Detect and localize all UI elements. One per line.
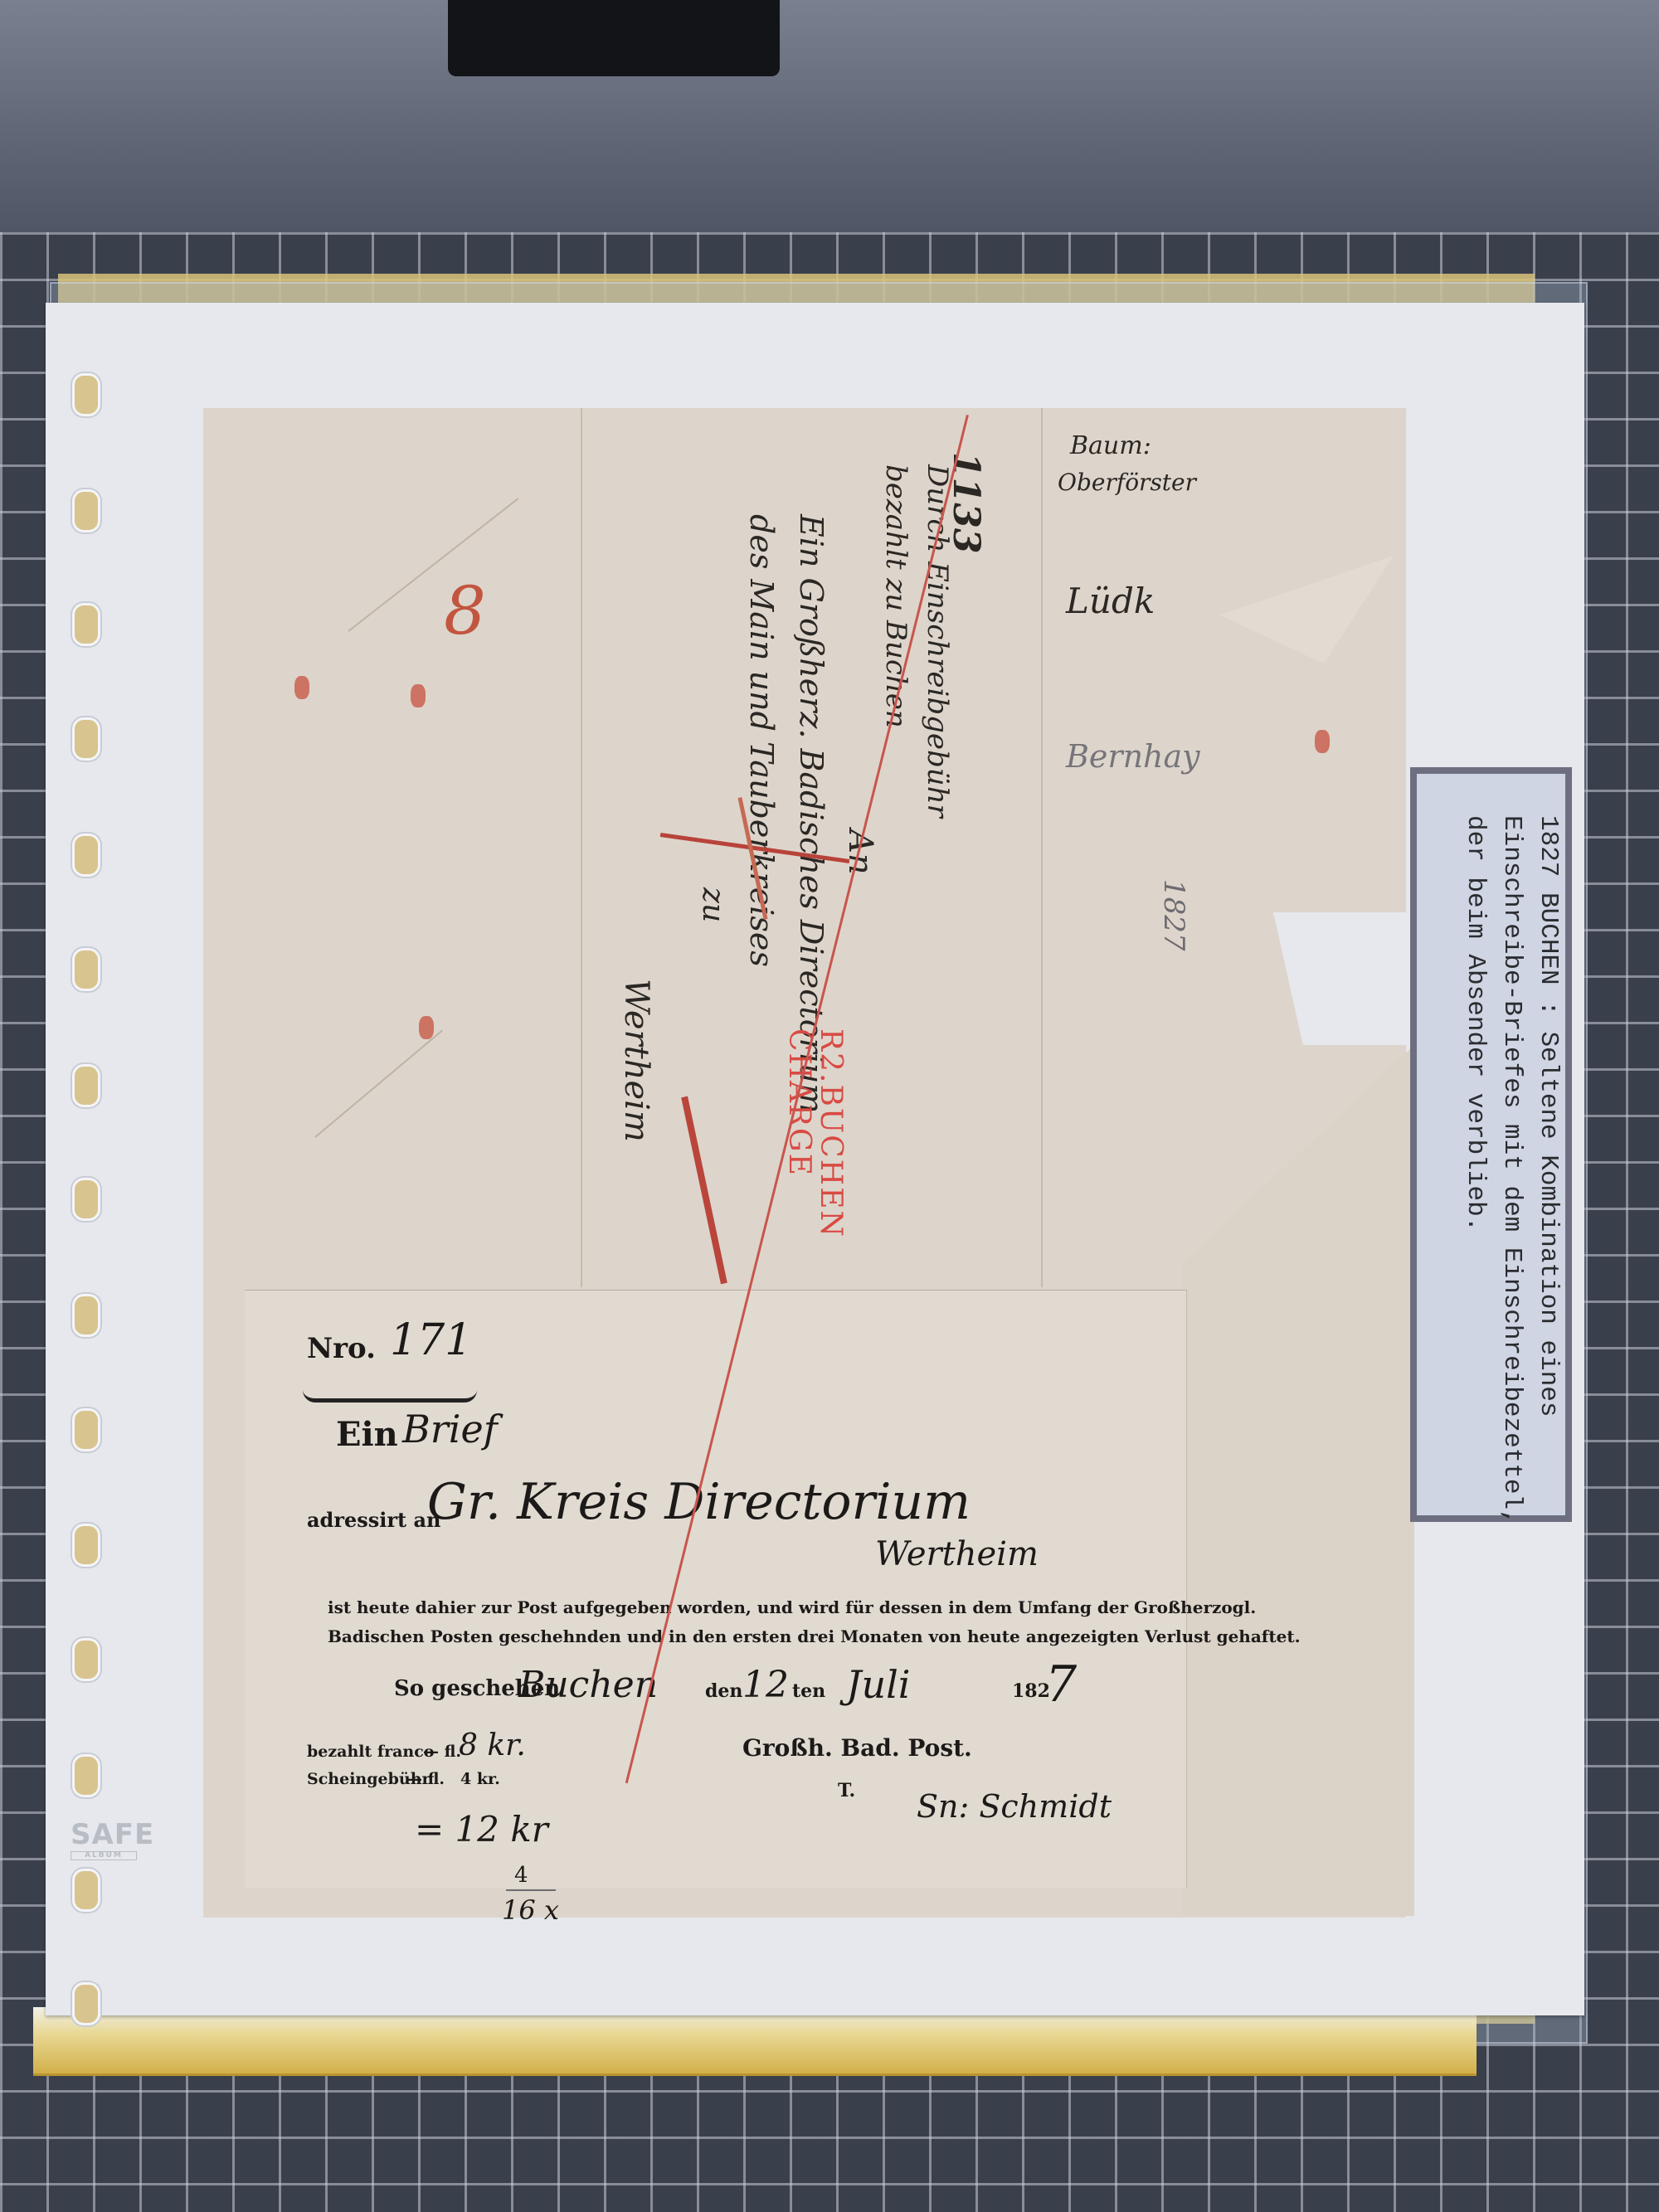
ein-label: Ein (336, 1415, 398, 1454)
pencil-fraction-bottom: 16 x (502, 1894, 559, 1926)
binder-hole (72, 948, 100, 991)
logo-text: SAFE (71, 1818, 154, 1851)
address-line: Ein Großherz. Badisches Directorium (793, 514, 829, 1113)
address-line: Wertheim (617, 979, 655, 1142)
caption-text: 1827 BUCHEN : Seltene Kombination eines … (1457, 815, 1566, 1525)
registration-receipt: Nro. 171 Ein Brief adressirt an Gr. Krei… (245, 1290, 1187, 1888)
receipt-body-line: ist heute dahier zur Post aufgegeben wor… (328, 1597, 1256, 1617)
bezahlt-value: 8 kr. (459, 1728, 526, 1762)
fold-line (1041, 408, 1043, 1287)
camera-stand (448, 0, 780, 76)
binder-hole (72, 1638, 100, 1681)
pencil-year: 1827 (1157, 879, 1190, 951)
decorative-brace (303, 1390, 477, 1403)
nro-value: 171 (390, 1315, 472, 1365)
binder-hole (72, 717, 100, 761)
day-value: 12 (742, 1664, 789, 1706)
binder-hole (72, 1869, 100, 1912)
wax-seal-remnant (411, 684, 426, 707)
nro-label: Nro. (307, 1332, 376, 1365)
binder-hole (72, 1524, 100, 1567)
ein-value: Brief (402, 1407, 498, 1451)
wax-seal-remnant (1315, 730, 1330, 753)
ten-label: ten (792, 1680, 825, 1702)
safe-album-logo: SAFE ALBUM (71, 1821, 137, 1870)
signature: Sn: Schmidt (917, 1788, 1112, 1825)
address-city: Wertheim (875, 1535, 1039, 1573)
bezahlt-fl: — fl. (423, 1743, 461, 1761)
charge-postmark: R2.BUCHEN CHARGE (783, 1028, 846, 1238)
red-rate-mark: 8 (444, 572, 486, 649)
scheingebuehr-value: 4 kr. (460, 1770, 500, 1788)
caption-line: der beim Absender verblieb. (1457, 815, 1493, 1525)
year-suffix: 7 (1045, 1655, 1077, 1714)
sender-line: Bernhay (1066, 738, 1200, 775)
wax-seal-remnant (294, 676, 309, 699)
binder-hole (72, 1064, 100, 1107)
binder-hole (72, 1294, 100, 1337)
binder-hole (72, 1754, 100, 1797)
binder-hole (72, 1982, 100, 2025)
wax-seal-remnant (419, 1016, 434, 1039)
pencil-fraction-top: 4 (514, 1863, 528, 1888)
exhibit-caption-label: 1827 BUCHEN : Seltene Kombination eines … (1410, 767, 1572, 1522)
address-value: Gr. Kreis Directorium (427, 1473, 971, 1531)
binding-strip (33, 2007, 1477, 2076)
post-office-label: Großh. Bad. Post. (742, 1734, 972, 1762)
binder-hole (72, 373, 100, 416)
den-label: den (705, 1680, 742, 1702)
fraction-line (506, 1889, 556, 1891)
caption-line: 1827 BUCHEN : Seltene Kombination eines (1530, 815, 1566, 1525)
binder-hole (72, 1408, 100, 1451)
sender-line: Baum: (1070, 431, 1151, 460)
sender-line: Oberförster (1058, 469, 1196, 496)
caption-line: Einschreibe-Briefes mit dem Einschreibez… (1493, 815, 1530, 1525)
background-top (0, 0, 1659, 249)
binder-hole (72, 489, 100, 532)
sender-line: Lüdk (1066, 581, 1155, 621)
postmark-line: R2.BUCHEN (815, 1028, 846, 1238)
t-label: T. (838, 1780, 855, 1801)
logo-subtext: ALBUM (71, 1851, 137, 1860)
bezahlt-label: bezahlt franco (307, 1743, 434, 1761)
total-value: = 12 kr (415, 1809, 548, 1850)
adressirt-label: adressirt an (307, 1508, 440, 1532)
fold-line (581, 408, 582, 1287)
binder-hole (72, 603, 100, 646)
month-value: Juli (846, 1662, 911, 1707)
address-line: Durch Einschreibgebühr (921, 464, 954, 818)
address-line: bezahlt zu Buchen (879, 464, 912, 728)
place-value: Buchen (518, 1664, 658, 1706)
address-line: An (841, 829, 879, 875)
address-line: zu (696, 887, 730, 922)
binder-hole (72, 834, 100, 877)
receipt-body-line: Badischen Posten geschehnden und in den … (328, 1626, 1301, 1646)
scheingebuehr-fl: — fl. (406, 1770, 445, 1788)
binder-hole (72, 1178, 100, 1221)
